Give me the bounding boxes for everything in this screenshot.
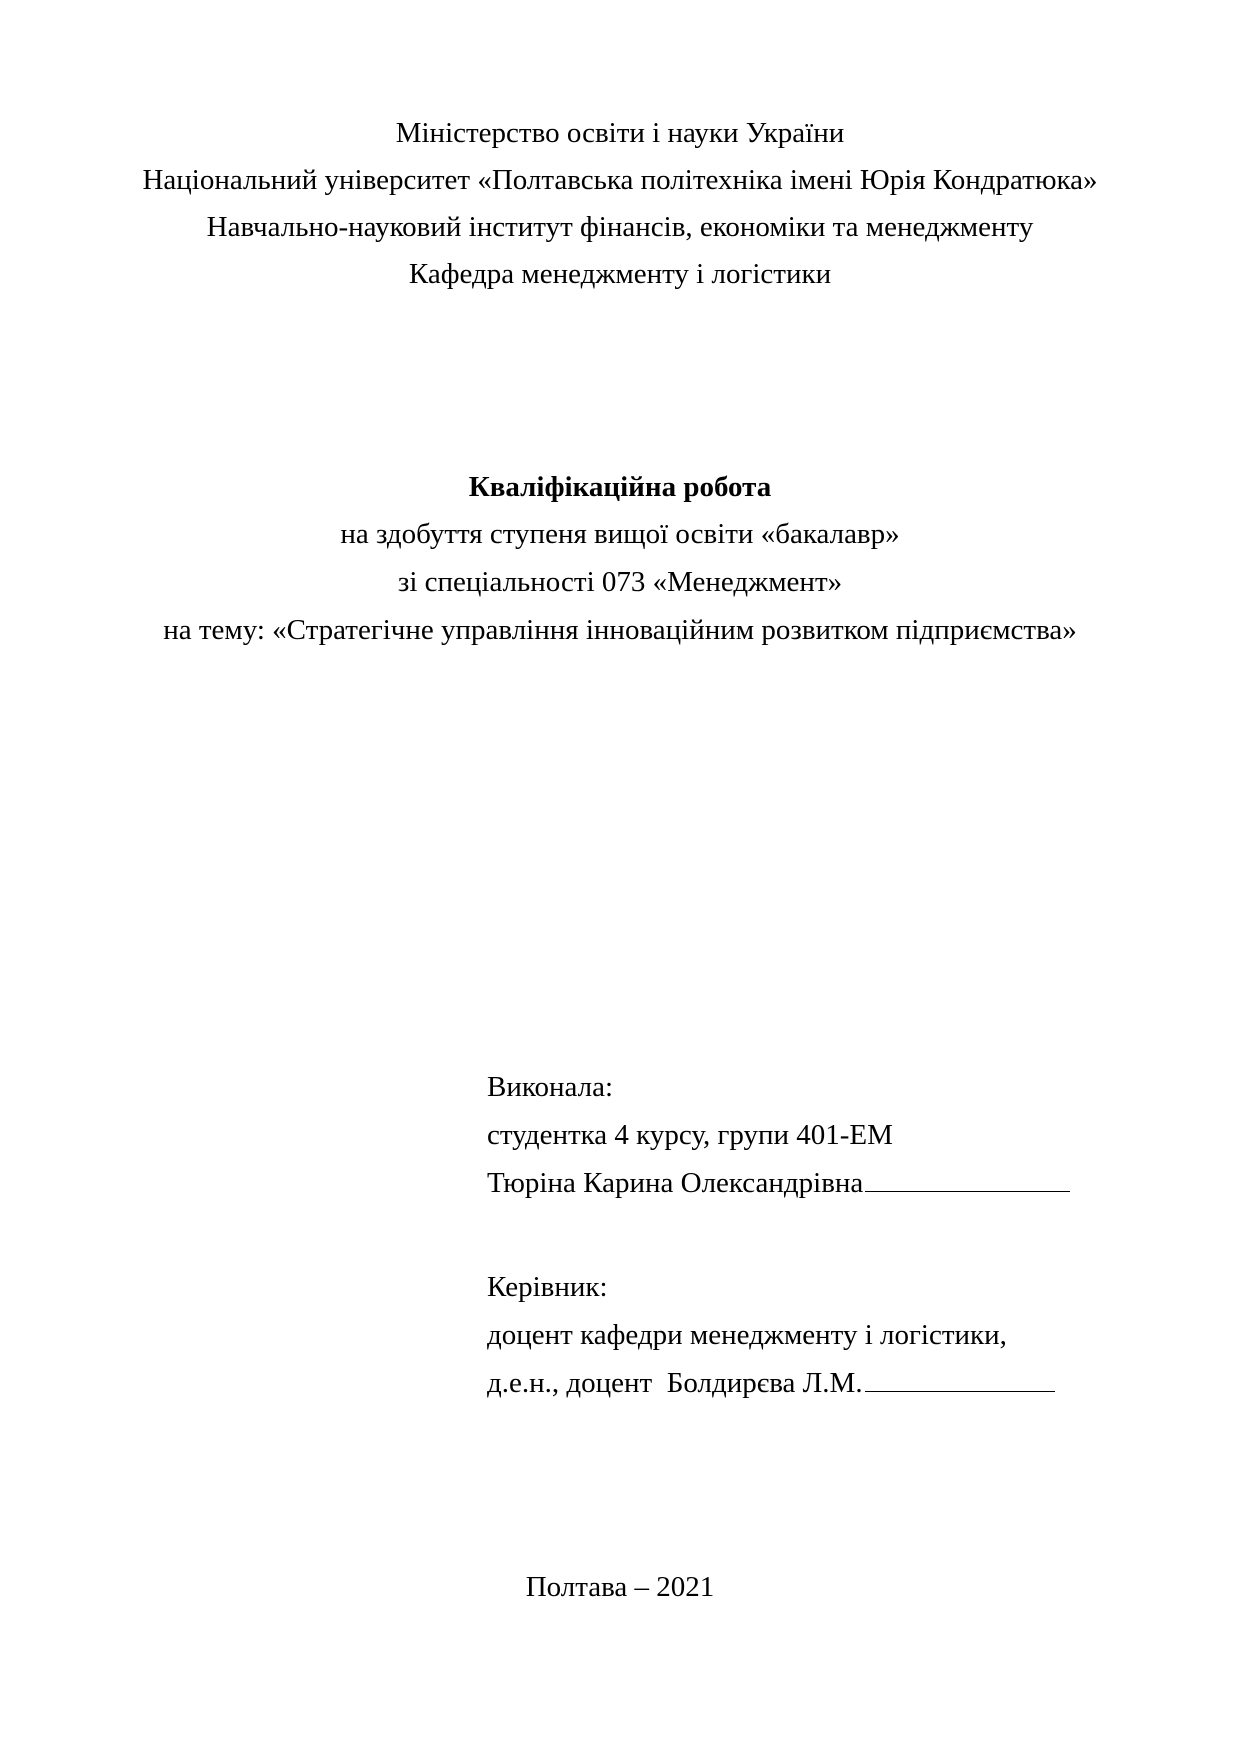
author-name-row: Тюріна Карина Олександрівна <box>487 1166 1070 1200</box>
author-position: студентка 4 курсу, групи 401-ЕМ <box>487 1118 893 1152</box>
supervisor-signature-line <box>865 1390 1055 1392</box>
author-label: Виконала: <box>487 1070 613 1104</box>
supervisor-name: д.е.н., доцент Болдирєва Л.М. <box>487 1367 863 1399</box>
supervisor-label: Керівник: <box>487 1270 608 1304</box>
author-signature-line <box>865 1190 1070 1192</box>
topic-line: на тему: «Стратегічне управління інновац… <box>0 613 1240 647</box>
ministry-line: Міністерство освіти і науки України <box>0 116 1240 150</box>
city-year: Полтава – 2021 <box>0 1570 1240 1604</box>
degree-line: на здобуття ступеня вищої освіти «бакала… <box>0 517 1240 551</box>
specialty-line: зі спеціальності 073 «Менеджмент» <box>0 565 1240 599</box>
institute-line: Навчально-науковий інститут фінансів, ек… <box>0 210 1240 244</box>
supervisor-name-row: д.е.н., доцент Болдирєва Л.М. <box>487 1366 1055 1400</box>
document-page: Міністерство освіти і науки України Наці… <box>0 0 1240 1754</box>
document-title: Кваліфікаційна робота <box>0 470 1240 504</box>
department-line: Кафедра менеджменту і логістики <box>0 257 1240 291</box>
supervisor-position: доцент кафедри менеджменту і логістики, <box>487 1318 1007 1352</box>
university-line: Національний університет «Полтавська пол… <box>0 163 1240 197</box>
author-name: Тюріна Карина Олександрівна <box>487 1167 863 1199</box>
